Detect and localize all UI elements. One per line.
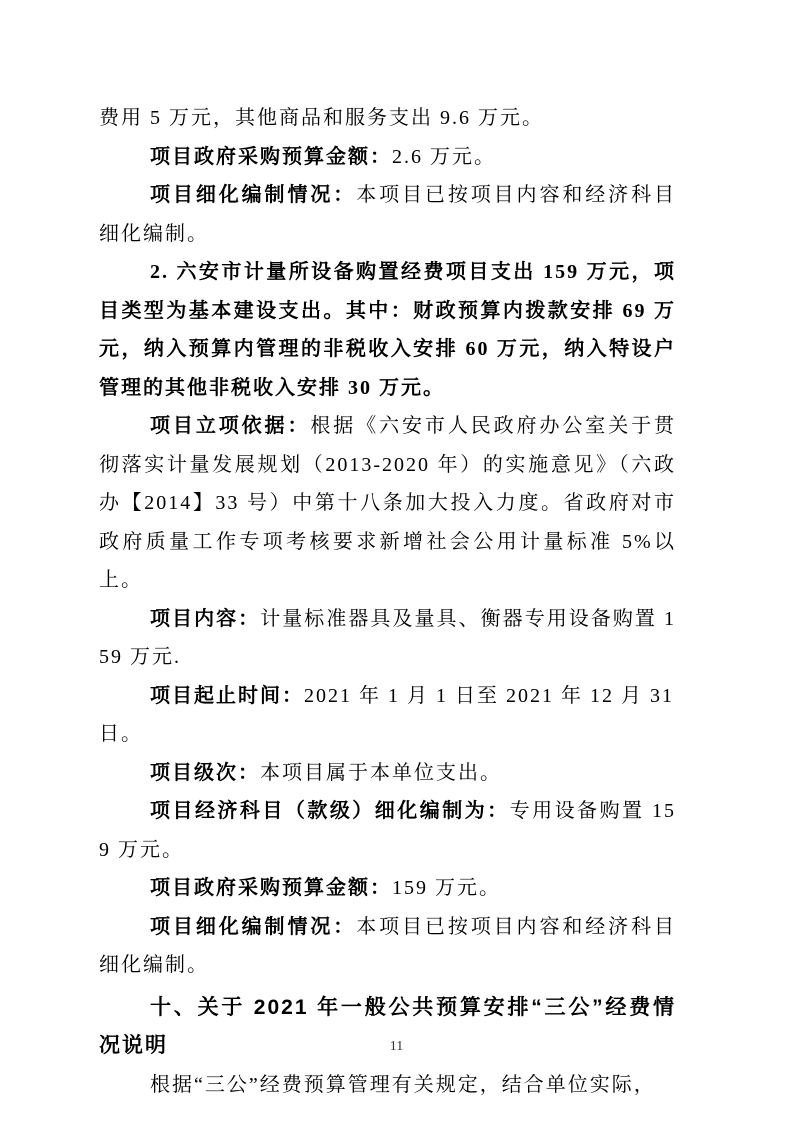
bold-text-run: 项目政府采购预算金额： [150,146,392,168]
paragraph: 项目内容：计量标准器具及量具、衡器专用设备购置 159 万元. [99,600,676,677]
page-footer: 11 [0,1038,793,1056]
text-run: 159 万元。 [392,877,501,899]
text-run: 2.6 万元。 [392,146,496,168]
paragraph: 项目政府采购预算金额：2.6 万元。 [99,138,676,177]
paragraph: 项目细化编制情况：本项目已按项目内容和经济科目细化编制。 [99,176,676,253]
bold-text-run: 项目内容： [150,608,260,630]
document-page: 费用 5 万元，其他商品和服务支出 9.6 万元。项目政府采购预算金额：2.6 … [0,0,793,1122]
paragraph: 2. 六安市计量所设备购置经费项目支出 159 万元，项目类型为基本建设支出。其… [99,253,676,407]
page-number: 11 [390,1039,403,1054]
paragraph: 费用 5 万元，其他商品和服务支出 9.6 万元。 [99,99,676,138]
paragraph: 项目起止时间：2021 年 1 月 1 日至 2021 年 12 月 31 日。 [99,677,676,754]
paragraph: 项目立项依据：根据《六安市人民政府办公室关于贯彻落实计量发展规划（2013-20… [99,407,676,600]
bold-text-run: 项目立项依据： [150,415,310,437]
bold-text-run: 项目经济科目（款级）细化编制为： [150,800,510,822]
bold-text-run: 项目细化编制情况： [150,916,356,938]
paragraph: 项目细化编制情况：本项目已按项目内容和经济科目细化编制。 [99,908,676,985]
paragraph: 项目经济科目（款级）细化编制为：专用设备购置 159 万元。 [99,792,676,869]
text-run: 费用 5 万元，其他商品和服务支出 9.6 万元。 [99,107,544,129]
paragraph: 项目政府采购预算金额：159 万元。 [99,869,676,908]
paragraph: 根据“三公”经费预算管理有关规定，结合单位实际， [99,1066,676,1105]
document-body: 费用 5 万元，其他商品和服务支出 9.6 万元。项目政府采购预算金额：2.6 … [99,99,676,1104]
text-run: 根据“三公”经费预算管理有关规定，结合单位实际， [150,1074,656,1096]
bold-text-run: 项目政府采购预算金额： [150,877,392,899]
text-run: 根据《六安市人民政府办公室关于贯彻落实计量发展规划（2013-2020 年）的实… [99,415,676,591]
text-run: 本项目属于本单位支出。 [260,762,502,784]
paragraph: 项目级次：本项目属于本单位支出。 [99,754,676,793]
bold-text-run: 项目起止时间： [150,685,304,707]
bold-text-run: 2. 六安市计量所设备购置经费项目支出 159 万元，项目类型为基本建设支出。其… [99,261,676,399]
bold-text-run: 项目级次： [150,762,260,784]
bold-text-run: 项目细化编制情况： [150,184,356,206]
